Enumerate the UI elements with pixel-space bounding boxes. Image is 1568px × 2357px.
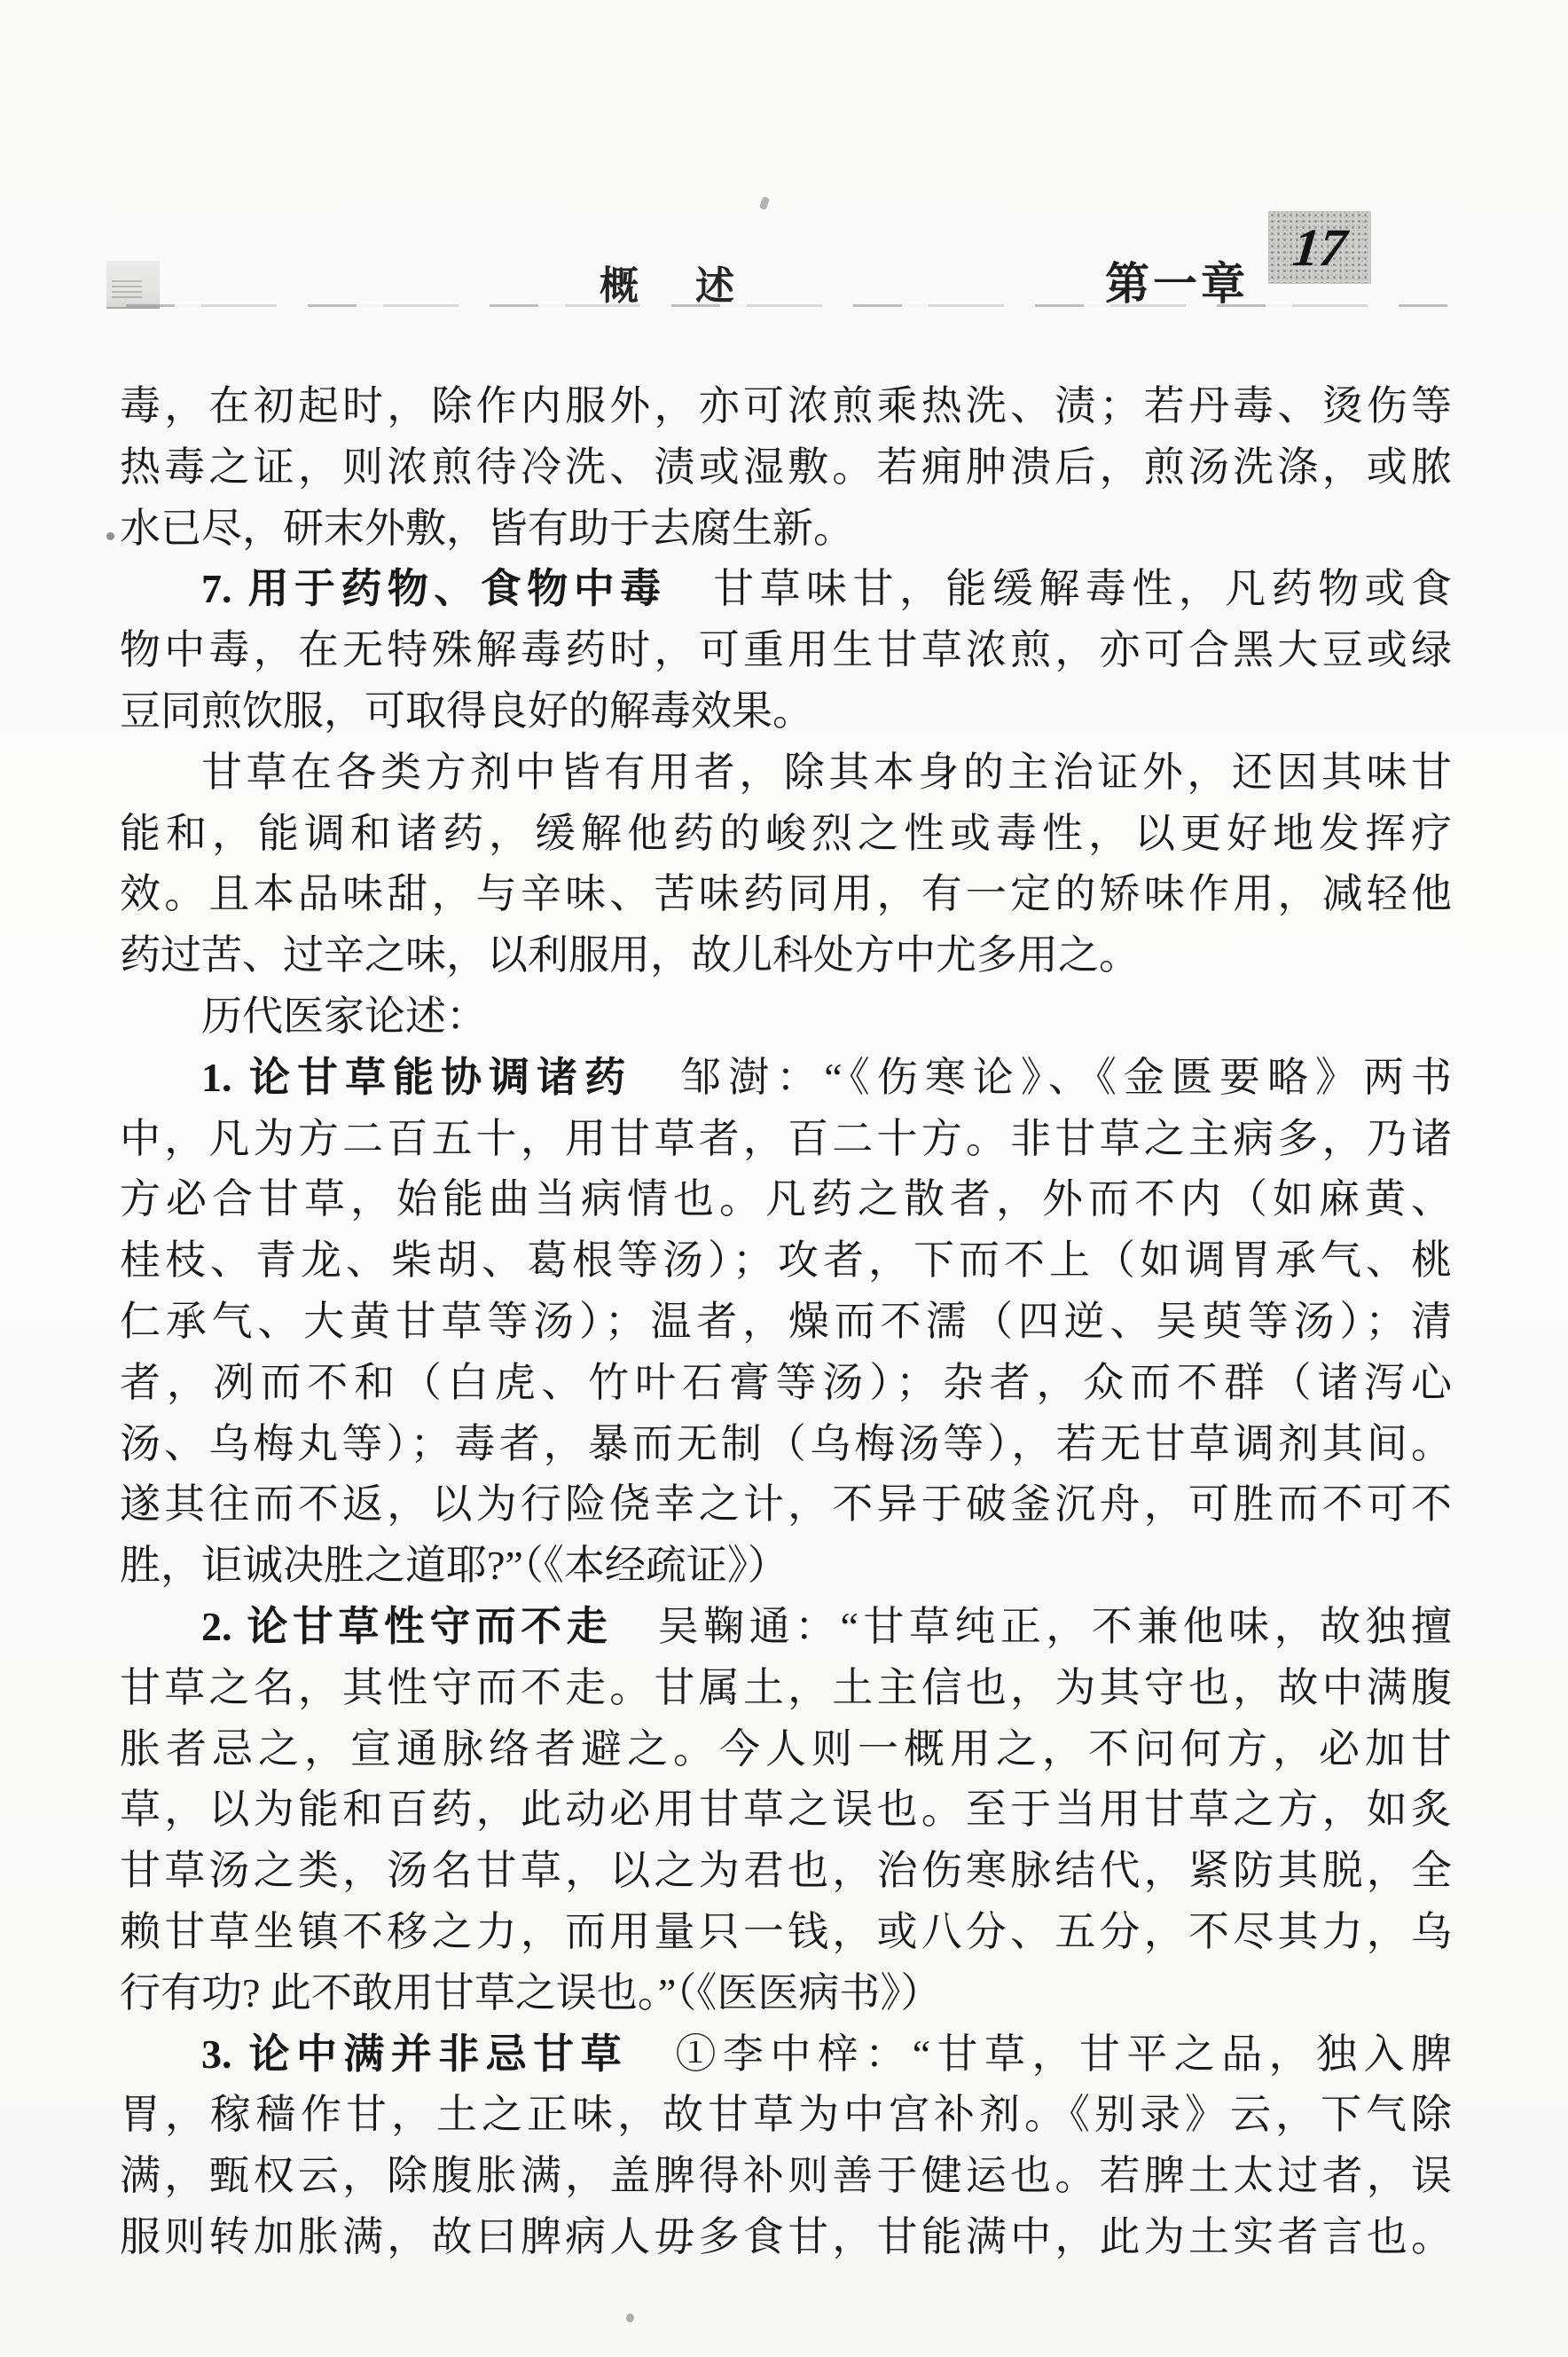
text-line: 药过苦、过辛之味，以利服用，故儿科处方中尤多用之。 [120,925,1452,986]
text-line: 中，凡为方二百五十，用甘草者，百二十方。非甘草之主病多，乃诸 [120,1109,1452,1170]
header-rule [126,304,1447,307]
line-text: 能和，能调和诸药，缓解他药的峻烈之性或毒性，以更好地发挥疗 [120,811,1452,856]
line-text: 方必合甘草，始能曲当病情也。凡药之散者，外而不内（如麻黄、 [120,1176,1452,1222]
text-line: 毒，在初起时，除作内服外，亦可浓煎乘热洗、渍；若丹毒、烫伤等 [120,376,1452,437]
line-text: 甘草之名，其性守而不走。甘属土，土主信也，为其守也，故中满腹 [120,1665,1452,1710]
line-text: 服则转加胀满，故曰脾病人毋多食甘，甘能满中，此为土实者言也。 [120,2214,1452,2259]
text-line: 甘草汤之类，汤名甘草，以之为君也，治伤寒脉结代，紧防其脱，全 [120,1841,1452,1902]
text-line: 满，甄权云，除腹胀满，盖脾得补则善于健运也。若脾土太过者，误 [120,2146,1452,2207]
line-text: 豆同煎饮服，可取得良好的解毒效果。 [120,688,813,734]
scan-speck-icon [626,2314,634,2322]
line-text: 胃，稼穑作甘，土之正味，故甘草为中宫补剂。《别录》云，下气除 [120,2092,1452,2137]
line-text: 者，冽而不和（白虎、竹叶石膏等汤）；杂者，众而不群（诸泻心 [120,1360,1452,1405]
line-text: 汤、乌梅丸等）；毒者，暴而无制（乌梅汤等），若无甘草调剂其间。 [120,1421,1452,1466]
line-text: 吴鞠通：“甘草纯正，不兼他味，故独擅 [612,1604,1452,1649]
line-text: 遂其往而不返，以为行险侥幸之计，不异于破釜沉舟，可胜而不可不 [120,1481,1452,1527]
text-line: 者，冽而不和（白虎、竹叶石膏等汤）；杂者，众而不群（诸泻心 [120,1353,1452,1414]
text-line: 胀者忌之，宣通脉络者避之。今人则一概用之，不问何方，必加甘 [120,1719,1452,1780]
line-heading: 7. 用于药物、食物中毒 [201,566,667,611]
line-text: 桂枝、青龙、柴胡、葛根等汤）；攻者，下而不上（如调胃承气、桃 [120,1237,1452,1283]
line-text: 邹澍：“《伤寒论》、《金匮要略》两书 [632,1055,1452,1100]
page-number-badge: 17 [1268,211,1371,284]
line-text: ①李中梓：“甘草，甘平之品，独入脾 [628,2031,1452,2077]
text-line: 能和，能调和诸药，缓解他药的峻烈之性或毒性，以更好地发挥疗 [120,804,1452,865]
line-text: 热毒之证，则浓煎待冷洗、渍或湿敷。若痈肿溃后，煎汤洗涤，或脓 [120,444,1452,490]
line-text: 甘草味甘，能缓解毒性，凡药物或食 [667,566,1452,611]
text-line: 水已尽，研末外敷，皆有助于去腐生新。 [120,499,1452,560]
text-line: 1. 论甘草能协调诸药 邹澍：“《伤寒论》、《金匮要略》两书 [120,1048,1452,1109]
line-text: 胜，讵诚决胜之道耶?”（《本经疏证》） [120,1543,788,1588]
line-text: 物中毒，在无特殊解毒药时，可重用生甘草浓煎，亦可合黑大豆或绿 [120,627,1452,672]
text-line: 甘草在各类方剂中皆有用者，除其本身的主治证外，还因其味甘 [120,742,1452,804]
text-line: 3. 论中满并非忌甘草 ①李中梓：“甘草，甘平之品，独入脾 [120,2024,1452,2086]
line-text: 草，以为能和百药，此动必用甘草之误也。至于当用甘草之方，如炙 [120,1787,1452,1832]
scan-speck-icon [759,196,770,210]
body-text: 毒，在初起时，除作内服外，亦可浓煎乘热洗、渍；若丹毒、烫伤等热毒之证，则浓煎待冷… [120,376,1452,2268]
scan-smudge-icon [106,261,160,309]
line-text: 效。且本品味甜，与辛味、苦味药同用，有一定的矫味作用，减轻他 [120,871,1452,916]
line-text: 满，甄权云，除腹胀满，盖脾得补则善于健运也。若脾土太过者，误 [120,2153,1452,2198]
section-title: 概 述 [600,254,743,310]
line-text: 毒，在初起时，除作内服外，亦可浓煎乘热洗、渍；若丹毒、烫伤等 [120,383,1452,428]
text-line: 7. 用于药物、食物中毒 甘草味甘，能缓解毒性，凡药物或食 [120,559,1452,620]
text-line: 2. 论甘草性守而不走 吴鞠通：“甘草纯正，不兼他味，故独擅 [120,1597,1452,1658]
line-text: 行有功? 此不敢用甘草之误也。”（《医医病书》） [120,1970,941,2015]
text-line: 豆同煎饮服，可取得良好的解毒效果。 [120,681,1452,742]
line-text: 中，凡为方二百五十，用甘草者，百二十方。非甘草之主病多，乃诸 [120,1116,1452,1161]
text-line: 物中毒，在无特殊解毒药时，可重用生甘草浓煎，亦可合黑大豆或绿 [120,620,1452,681]
line-text: 水已尽，研末外敷，皆有助于去腐生新。 [120,506,854,551]
text-line: 遂其往而不返，以为行险侥幸之计，不异于破釜沉舟，可胜而不可不 [120,1474,1452,1536]
text-line: 仁承气、大黄甘草等汤）；温者，燥而不濡（四逆、吴萸等汤）；清 [120,1292,1452,1353]
page-number: 17 [1290,217,1349,279]
text-line: 历代医家论述： [120,986,1452,1048]
line-text: 胀者忌之，宣通脉络者避之。今人则一概用之，不问何方，必加甘 [120,1726,1452,1772]
text-line: 服则转加胀满，故曰脾病人毋多食甘，甘能满中，此为土实者言也。 [120,2207,1452,2268]
line-text: 甘草汤之类，汤名甘草，以之为君也，治伤寒脉结代，紧防其脱，全 [120,1848,1452,1893]
line-text: 药过苦、过辛之味，以利服用，故儿科处方中尤多用之。 [120,932,1140,978]
line-text: 仁承气、大黄甘草等汤）；温者，燥而不濡（四逆、吴萸等汤）；清 [120,1299,1452,1344]
text-line: 胜，讵诚决胜之道耶?”（《本经疏证》） [120,1536,1452,1597]
text-line: 效。且本品味甜，与辛味、苦味药同用，有一定的矫味作用，减轻他 [120,864,1452,925]
line-text: 历代医家论述： [201,994,487,1039]
text-line: 方必合甘草，始能曲当病情也。凡药之散者，外而不内（如麻黄、 [120,1169,1452,1230]
line-heading: 3. 论中满并非忌甘草 [201,2031,628,2077]
text-line: 赖甘草坐镇不移之力，而用量只一钱，或八分、五分，不尽其力，乌 [120,1902,1452,1963]
line-heading: 2. 论甘草性守而不走 [201,1604,612,1649]
book-page: 概 述 第一章 17 毒，在初起时，除作内服外，亦可浓煎乘热洗、渍；若丹毒、烫伤… [0,0,1568,2357]
text-line: 草，以为能和百药，此动必用甘草之误也。至于当用甘草之方，如炙 [120,1780,1452,1841]
scan-speck-icon [106,532,114,540]
line-text: 甘草在各类方剂中皆有用者，除其本身的主治证外，还因其味甘 [201,750,1452,795]
text-line: 胃，稼穑作甘，土之正味，故甘草为中宫补剂。《别录》云，下气除 [120,2085,1452,2146]
text-line: 行有功? 此不敢用甘草之误也。”（《医医病书》） [120,1963,1452,2024]
text-line: 甘草之名，其性守而不走。甘属土，土主信也，为其守也，故中满腹 [120,1658,1452,1719]
chapter-title: 第一章 [1105,248,1249,312]
text-line: 汤、乌梅丸等）；毒者，暴而无制（乌梅汤等），若无甘草调剂其间。 [120,1414,1452,1475]
text-line: 桂枝、青龙、柴胡、葛根等汤）；攻者，下而不上（如调胃承气、桃 [120,1230,1452,1292]
text-line: 热毒之证，则浓煎待冷洗、渍或湿敷。若痈肿溃后，煎汤洗涤，或脓 [120,437,1452,499]
line-heading: 1. 论甘草能协调诸药 [201,1055,632,1100]
line-text: 赖甘草坐镇不移之力，而用量只一钱，或八分、五分，不尽其力，乌 [120,1909,1452,1954]
